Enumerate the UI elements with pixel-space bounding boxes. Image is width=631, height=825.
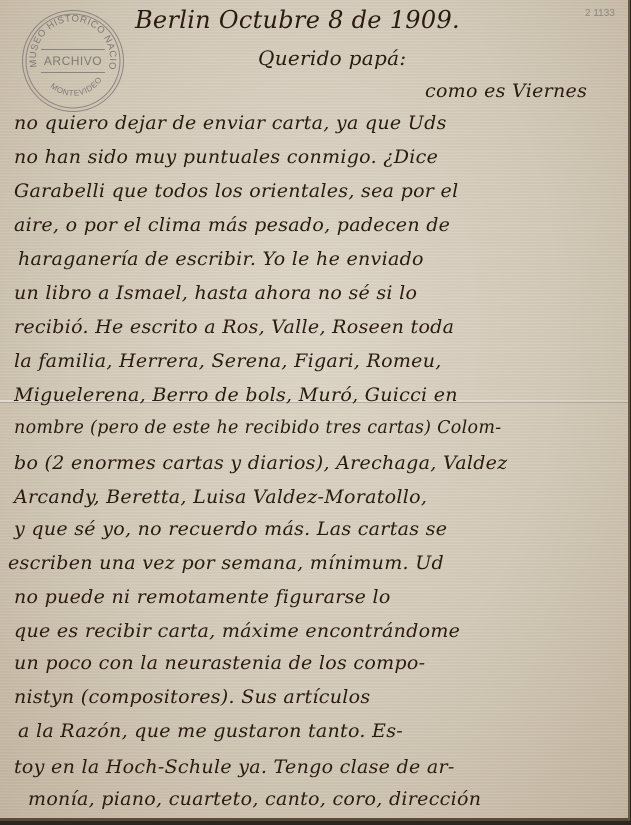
letter-line: Arcandy, Beretta, Luisa Valdez-Moratollo… bbox=[14, 486, 427, 508]
letter-line: escriben una vez por semana, mínimum. Ud bbox=[8, 552, 444, 574]
svg-text:MONTEVIDEO: MONTEVIDEO bbox=[49, 75, 104, 98]
letter-line: aire, o por el clima más pesado, padecen… bbox=[14, 214, 450, 236]
letter-line: un poco con la neurastenia de los compo- bbox=[14, 652, 425, 674]
letter-line: nistyn (compositores). Sus artículos bbox=[14, 686, 370, 708]
letter-line: no quiero dejar de enviar carta, ya que … bbox=[14, 112, 447, 134]
letter-line: nombre (pero de este he recibido tres ca… bbox=[14, 418, 501, 438]
letter-line: y que sé yo, no recuerdo más. Las cartas… bbox=[14, 518, 447, 540]
letter-line: no puede ni remotamente figurarse lo bbox=[14, 586, 391, 608]
letter-line: Miguelerena, Berro de bols, Muró, Guicci… bbox=[14, 384, 458, 406]
letter-line: la familia, Herrera, Serena, Figari, Rom… bbox=[14, 350, 442, 372]
letter-line: haraganería de escribir. Yo le he enviad… bbox=[18, 248, 424, 270]
letter-line: recibió. He escrito a Ros, Valle, Roseen… bbox=[14, 316, 454, 338]
stamp-bottom-text: MONTEVIDEO bbox=[49, 75, 104, 98]
salutation: Querido papá: bbox=[258, 46, 406, 70]
letter-line: que es recibir carta, máxime encontrándo… bbox=[14, 620, 460, 642]
place-date: Berlin Octubre 8 de 1909. bbox=[135, 6, 460, 34]
letter-line: Garabelli que todos los orientales, sea … bbox=[14, 180, 458, 202]
folio-number: 2 1133 bbox=[585, 8, 615, 19]
letter-line: a la Razón, que me gustaron tanto. Es- bbox=[18, 720, 403, 742]
letter-line: bo (2 enormes cartas y diarios), Arechag… bbox=[14, 452, 508, 474]
letter-page: MUSEO HISTORICO NACIONAL MONTEVIDEO ARCH… bbox=[0, 0, 630, 821]
letter-line: toy en la Hoch-Schule ya. Tengo clase de… bbox=[14, 756, 455, 778]
stamp-center-text: ARCHIVO bbox=[41, 49, 105, 73]
letter-line: un libro a Ismael, hasta ahora no sé si … bbox=[14, 282, 417, 304]
letter-line: no han sido muy puntuales conmigo. ¿Dice bbox=[14, 146, 438, 168]
letter-line: como es Viernes bbox=[425, 80, 587, 102]
archive-stamp: MUSEO HISTORICO NACIONAL MONTEVIDEO ARCH… bbox=[22, 10, 124, 112]
letter-line: monía, piano, cuarteto, canto, coro, dir… bbox=[28, 788, 481, 810]
